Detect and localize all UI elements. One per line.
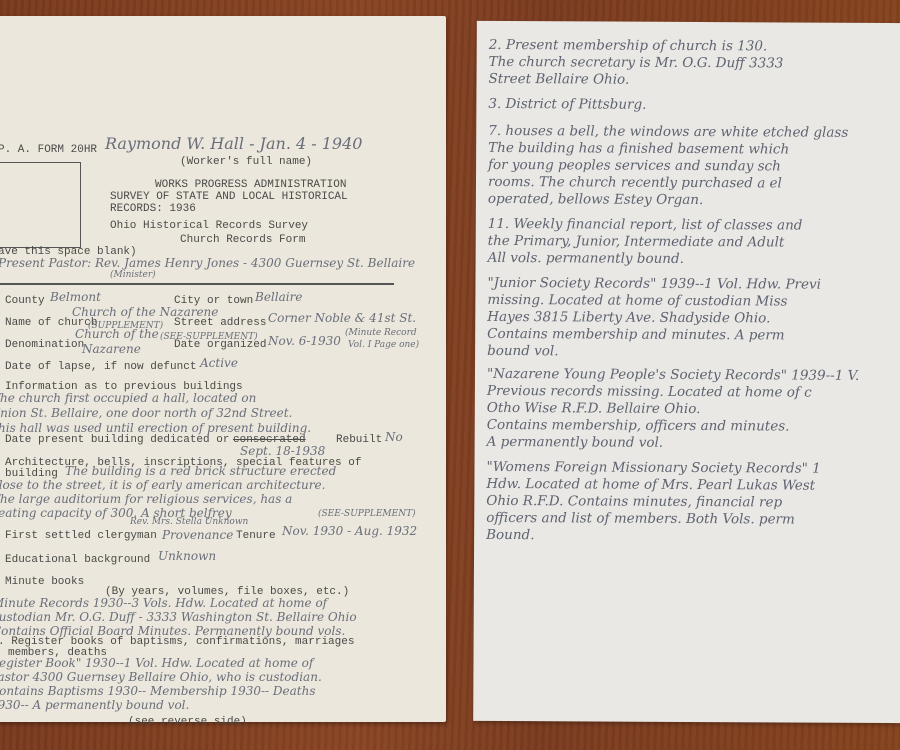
supplement-line: the Primary, Junior, Intermediate and Ad… <box>488 233 785 251</box>
supplement-line: "Womens Foreign Missionary Society Recor… <box>486 459 820 477</box>
city-value: Bellaire <box>255 290 302 304</box>
handwritten-supplement: 2. Present membership of church is 130. … <box>473 21 900 723</box>
dedicated-label: Date present building dedicated or <box>5 434 229 446</box>
architecture-note: (SEE-SUPPLEMENT) <box>318 509 416 519</box>
street-value: Corner Noble & 41st St. <box>268 311 416 325</box>
reserved-blank-box <box>0 162 81 248</box>
supplement-line: A permanently bound vol. <box>487 434 664 451</box>
present-pastor-note: (Minister) <box>110 270 156 280</box>
footer-note: (see reverse side) <box>128 716 247 728</box>
clergyman-value2: Provenance <box>162 528 233 542</box>
education-value: Unknown <box>158 549 216 563</box>
supplement-line: 7. houses a bell, the windows are white … <box>488 123 848 141</box>
supplement-line: Contains membership, officers and minute… <box>487 417 790 435</box>
denomination-value2: Nazarene <box>82 342 141 356</box>
lapse-value: Active <box>200 356 238 370</box>
minute-books-line: custodian Mr. O.G. Duff - 3333 Washingto… <box>0 610 357 624</box>
denomination-label: Denomination <box>5 339 84 351</box>
supplement-line: operated, bellows Estey Organ. <box>488 191 703 208</box>
organized-label: Date organized <box>174 339 266 351</box>
minute-books-line: Minute Records 1930--3 Vols. Hdw. Locate… <box>0 596 327 610</box>
dedicated-value: Sept. 18-1938 <box>240 444 325 458</box>
county-label: County <box>5 295 45 307</box>
supplement-line: Ohio R.F.D. Contains minutes, financial … <box>486 493 782 511</box>
agency-line3: RECORDS: 1936 <box>110 203 196 215</box>
supplement-line: missing. Located at home of custodian Mi… <box>487 292 787 310</box>
prev-buildings-line: This hall was used until erection of pre… <box>0 421 311 435</box>
education-label: Educational background <box>5 554 150 566</box>
organized-note1: (Minute Record <box>345 328 417 338</box>
register-line: Contains Baptisms 1930-- Membership 1930… <box>0 684 316 698</box>
supplement-line: All vols. permanently bound. <box>488 250 684 267</box>
section-divider <box>0 283 394 285</box>
supplement-line: bound vol. <box>487 343 559 359</box>
register-line: Pastor 4300 Guernsey Bellaire Ohio, who … <box>0 670 322 684</box>
architecture-line: close to the street, it is of early amer… <box>0 478 325 492</box>
minute-books-label: Minute books <box>5 576 84 588</box>
tenure-label: Tenure <box>236 530 276 542</box>
supplement-line: officers and list of members. Both Vols.… <box>486 510 795 528</box>
prev-buildings-line: Union St. Bellaire, one door north of 32… <box>0 406 292 420</box>
rebuilt-value: No <box>385 430 403 444</box>
organized-note2: Vol. I Page one) <box>348 340 419 350</box>
prev-buildings-line: The church first occupied a hall, locate… <box>0 391 256 405</box>
agency-line2: SURVEY OF STATE AND LOCAL HISTORICAL <box>110 191 348 203</box>
supplement-line: Street Bellaire Ohio. <box>488 71 629 88</box>
rebuilt-label: Rebuilt <box>336 434 382 446</box>
register-line: Register Book" 1930--1 Vol. Hdw. Located… <box>0 656 313 670</box>
supplement-line: Previous records missing. Located at hom… <box>487 383 812 401</box>
supplement-line: 2. Present membership of church is 130. <box>489 37 768 54</box>
organized-value: Nov. 6-1930 <box>268 334 341 348</box>
supplement-line: 3. District of Pittsburg. <box>488 96 646 113</box>
supplement-line: Otho Wise R.F.D. Bellaire Ohio. <box>487 400 701 417</box>
clergyman-value: Rev. Mrs. Stella Unknown <box>130 517 248 527</box>
supplement-line: for young peoples services and sunday sc… <box>488 157 781 175</box>
supplement-line: 11. Weekly financial report, list of cla… <box>488 216 803 234</box>
survey-name: Ohio Historical Records Survey <box>110 220 308 232</box>
supplement-line: "Junior Society Records" 1939--1 Vol. Hd… <box>487 275 821 293</box>
form-id: P. A. FORM 20HR <box>0 144 97 156</box>
supplement-line: Hayes 3815 Liberty Ave. Shadyside Ohio. <box>487 309 770 326</box>
supplement-line: The church secretary is Mr. O.G. Duff 33… <box>489 54 784 72</box>
lapse-label: Date of lapse, if now defunct <box>5 361 196 373</box>
agency-line1: WORKS PROGRESS ADMINISTRATION <box>155 179 346 191</box>
street-label: Street address <box>174 317 266 329</box>
supplement-line: The building has a finished basement whi… <box>488 140 789 158</box>
supplement-line: Hdw. Located at home of Mrs. Pearl Lukas… <box>486 476 815 494</box>
architecture-line: The building is a red brick structure er… <box>65 464 336 478</box>
form-name: Church Records Form <box>180 234 305 246</box>
denomination-value1: Church of the <box>75 327 159 341</box>
present-pastor: Present Pastor: Rev. James Henry Jones -… <box>0 256 415 270</box>
county-value: Belmont <box>50 290 101 304</box>
worker-label: (Worker's full name) <box>180 156 312 168</box>
supplement-line: Contains membership and minutes. A perm <box>487 326 785 344</box>
supplement-line: Bound. <box>486 527 534 543</box>
supplement-line: rooms. The church recently purchased a e… <box>488 174 782 192</box>
architecture-line: The large auditorium for religious servi… <box>0 492 292 506</box>
tenure-value: Nov. 1930 - Aug. 1932 <box>282 524 417 538</box>
clergyman-label: First settled clergyman <box>5 530 157 542</box>
wpa-church-records-form: P. A. FORM 20HR Raymond W. Hall - Jan. 4… <box>0 16 446 722</box>
supplement-line: "Nazarene Young People's Society Records… <box>487 366 859 384</box>
worker-signature: Raymond W. Hall - Jan. 4 - 1940 <box>105 134 362 153</box>
register-line: 1930-- A permanently bound vol. <box>0 698 189 712</box>
